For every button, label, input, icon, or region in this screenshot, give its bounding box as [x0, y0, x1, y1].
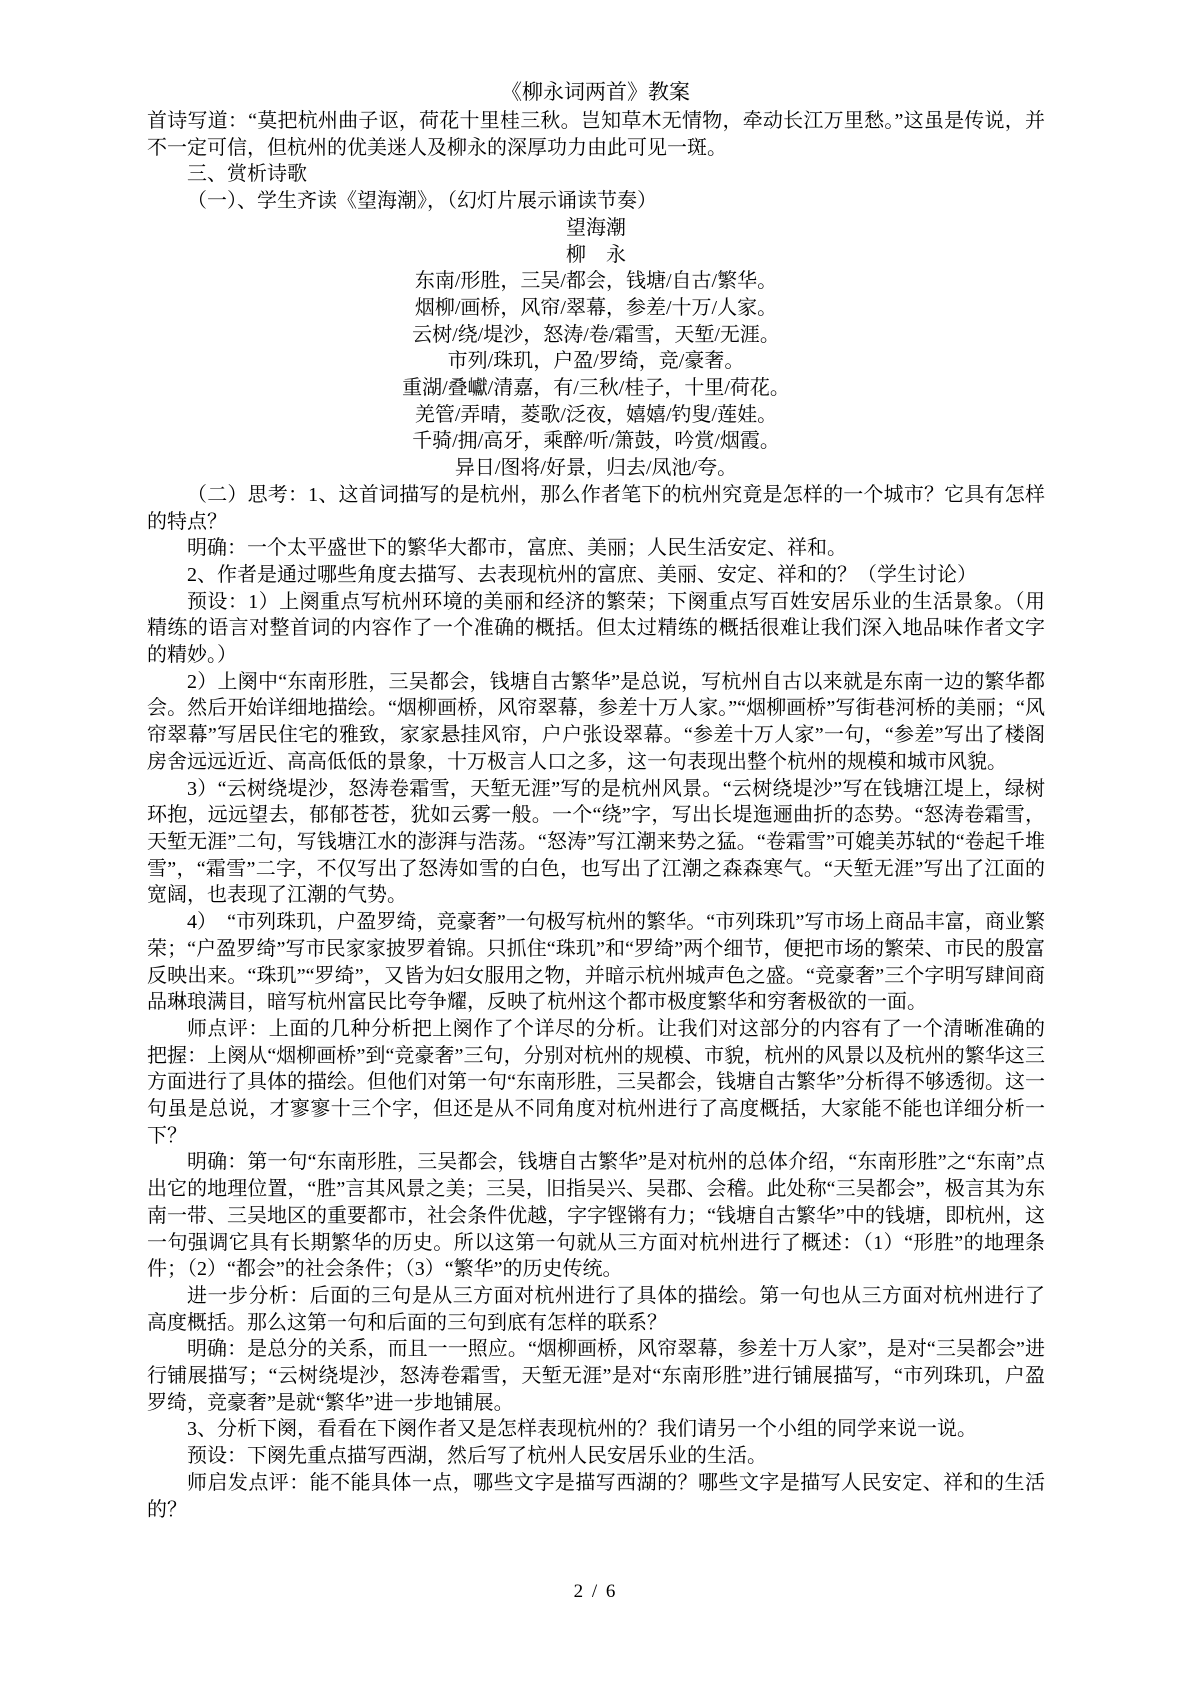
- paragraph: 预设：下阕先重点描写西湖，然后写了杭州人民安居乐业的生活。: [147, 1443, 1045, 1470]
- paragraph: （一）、学生齐读《望海潮》，（幻灯片展示诵读节奏）: [147, 188, 1045, 215]
- poem-line: 云树/绕/堤沙，怒涛/卷/霜雪，天堑/无涯。: [147, 322, 1045, 349]
- poem-line: 望海潮: [147, 215, 1045, 242]
- paragraph: 师启发点评：能不能具体一点，哪些文字是描写西湖的？哪些文字是描写人民安定、祥和的…: [147, 1470, 1045, 1523]
- poem-line: 市列/珠玑，户盈/罗绮，竞/豪奢。: [147, 348, 1045, 375]
- poem-line: 羌管/弄晴，菱歌/泛夜，嬉嬉/钓叟/莲娃。: [147, 402, 1045, 429]
- document-page: 《柳永词两首》教案 首诗写道：“莫把杭州曲子讴，荷花十里桂三秋。岂知草木无情物，…: [0, 0, 1191, 1684]
- paragraph: 3）“云树绕堤沙，怒涛卷霜雪，天堑无涯”写的是杭州风景。“云树绕堤沙”写在钱塘江…: [147, 776, 1045, 910]
- paragraph: 进一步分析：后面的三句是从三方面对杭州进行了具体的描绘。第一句也从三方面对杭州进…: [147, 1283, 1045, 1336]
- paragraph: 2）上阕中“东南形胜，三吴都会，钱塘自古繁华”是总说，写杭州自古以来就是东南一边…: [147, 669, 1045, 776]
- paragraph: 4） “市列珠玑，户盈罗绮，竞豪奢”一句极写杭州的繁华。“市列珠玑”写市场上商品…: [147, 909, 1045, 1016]
- poem-line: 异日/图将/好景，归去/凤池/夸。: [147, 455, 1045, 482]
- page-title: 《柳永词两首》教案: [0, 0, 1191, 106]
- poem-line: 柳 永: [147, 242, 1045, 269]
- paragraph: 明确：是总分的关系，而且一一照应。“烟柳画桥，风帘翠幕，参差十万人家”，是对“三…: [147, 1336, 1045, 1416]
- poem-line: 东南/形胜，三吴/都会，钱塘/自古/繁华。: [147, 268, 1045, 295]
- poem-line: 重湖/叠巘/清嘉，有/三秋/桂子，十里/荷花。: [147, 375, 1045, 402]
- paragraph: （二）思考：1、这首词描写的是杭州，那么作者笔下的杭州究竟是怎样的一个城市？它具…: [147, 482, 1045, 535]
- paragraph: 明确：第一句“东南形胜，三吴都会，钱塘自古繁华”是对杭州的总体介绍，“东南形胜”…: [147, 1149, 1045, 1283]
- paragraph: 明确：一个太平盛世下的繁华大都市，富庶、美丽；人民生活安定、祥和。: [147, 535, 1045, 562]
- paragraph: 师点评：上面的几种分析把上阕作了个详尽的分析。让我们对这部分的内容有了一个清晰准…: [147, 1016, 1045, 1150]
- document-body: 首诗写道：“莫把杭州曲子讴，荷花十里桂三秋。岂知草木无情物，牵动长江万里愁。”这…: [0, 106, 1191, 1523]
- paragraph: 预设：1）上阕重点写杭州环境的美丽和经济的繁荣；下阕重点写百姓安居乐业的生活景象…: [147, 589, 1045, 669]
- poem-line: 千骑/拥/高牙，乘醉/听/箫鼓，吟赏/烟霞。: [147, 428, 1045, 455]
- paragraph: 3、分析下阕，看看在下阕作者又是怎样表现杭州的？我们请另一个小组的同学来说一说。: [147, 1416, 1045, 1443]
- page-number: 2 / 6: [0, 1578, 1191, 1605]
- poem-line: 烟柳/画桥，风帘/翠幕，参差/十万/人家。: [147, 295, 1045, 322]
- paragraph: 首诗写道：“莫把杭州曲子讴，荷花十里桂三秋。岂知草木无情物，牵动长江万里愁。”这…: [147, 108, 1045, 161]
- paragraph: 2、作者是通过哪些角度去描写、去表现杭州的富庶、美丽、安定、祥和的？（学生讨论）: [147, 562, 1045, 589]
- paragraph: 三、赏析诗歌: [147, 161, 1045, 188]
